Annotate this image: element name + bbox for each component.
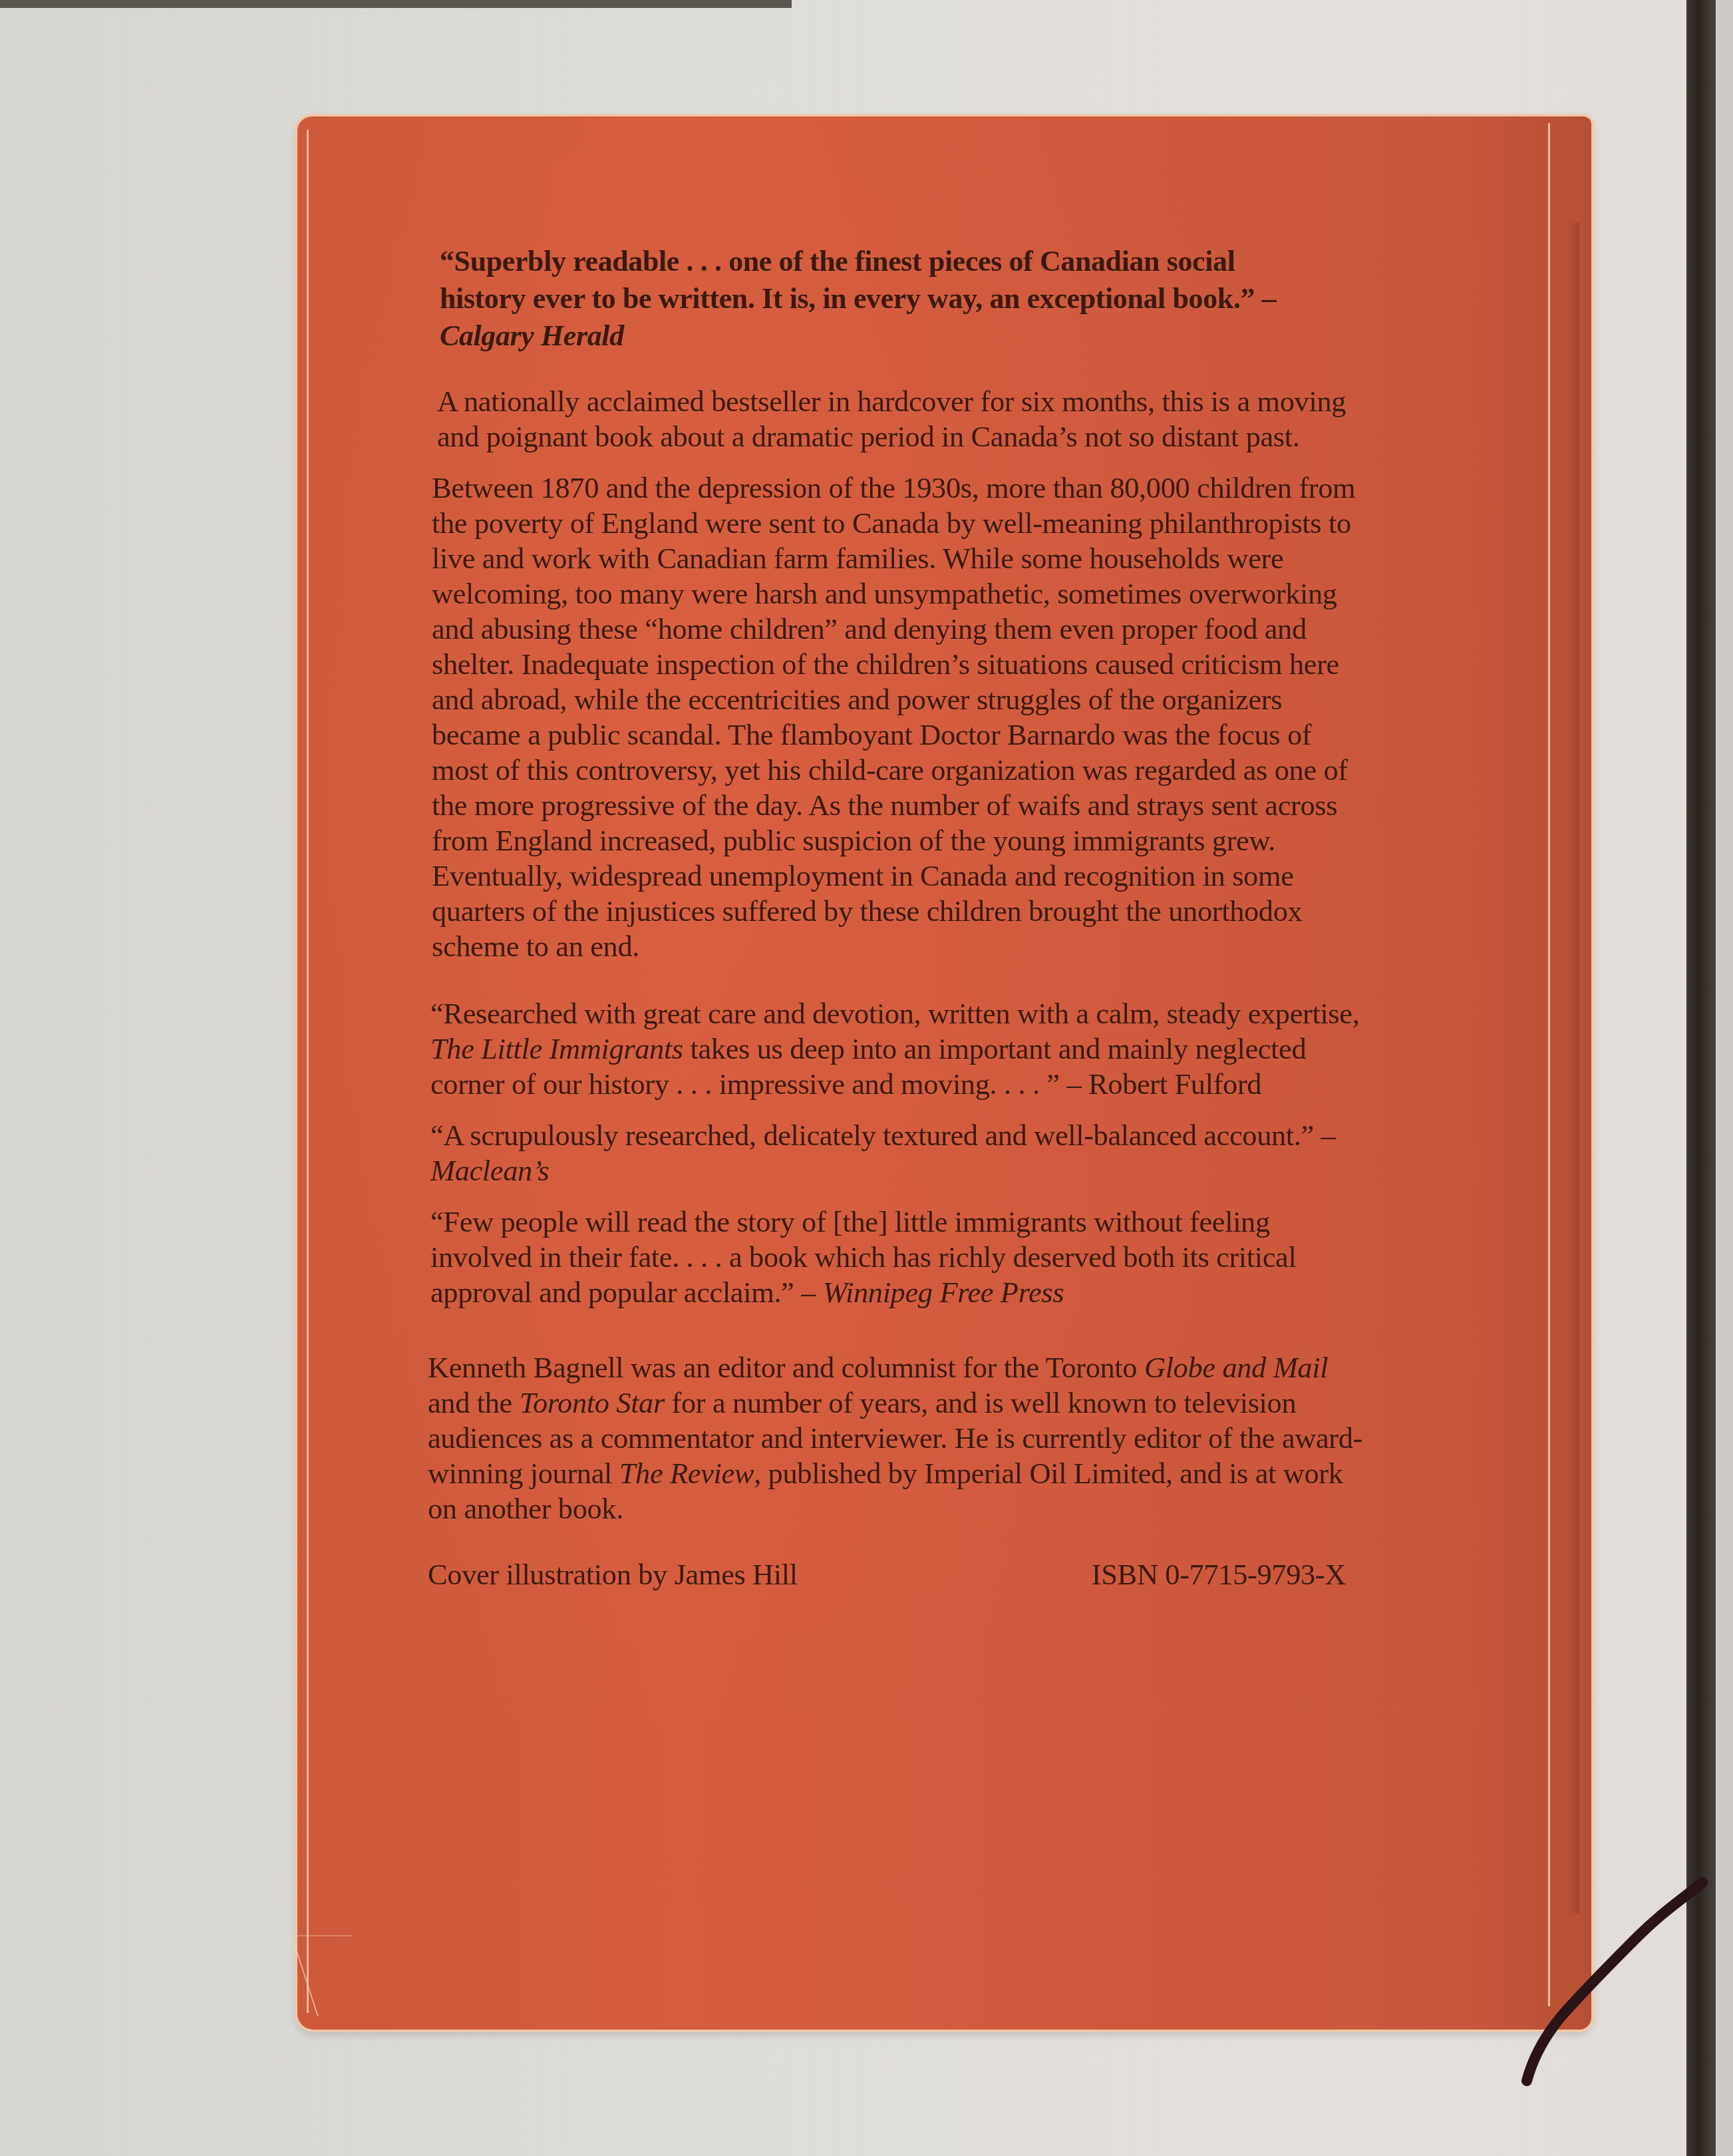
publication-name: Toronto Star <box>520 1386 665 1419</box>
spine-shadow <box>1569 223 1579 1913</box>
lead-quote-source: Calgary Herald <box>440 319 624 352</box>
review-winnipeg: “Few people will read the story of [the]… <box>430 1204 1375 1310</box>
worn-edge-left <box>307 130 309 2013</box>
author-bio: Kenneth Bagnell was an editor and column… <box>428 1350 1372 1527</box>
review-source: Maclean’s <box>430 1154 550 1187</box>
frame-post <box>1686 0 1716 2156</box>
cover-footer: Cover illustration by James Hill ISBN 0-… <box>428 1557 1346 1592</box>
bio-text: and the <box>428 1386 520 1419</box>
worn-crease-right <box>1548 123 1550 2006</box>
shelf-edge <box>0 0 792 8</box>
bio-text: Kenneth Bagnell was an editor and column… <box>428 1351 1144 1384</box>
review-source: Robert Fulford <box>1088 1067 1261 1101</box>
frame-post-edge <box>1716 0 1733 2156</box>
summary-paragraph: Between 1870 and the depression of the 1… <box>432 470 1363 964</box>
lead-quote: “Superbly readable . . . one of the fine… <box>440 243 1325 355</box>
pen-slash-mark <box>1468 1873 1721 2093</box>
review-fulford: “Researched with great care and devotion… <box>430 996 1375 1102</box>
intro-paragraph: A nationally acclaimed bestseller in har… <box>437 384 1348 454</box>
publication-name: Globe and Mail <box>1144 1351 1328 1384</box>
lead-quote-text: “Superbly readable . . . one of the fine… <box>440 245 1276 315</box>
review-text: “A scrupulously researched, delicately t… <box>430 1119 1335 1152</box>
book-title: The Little Immigrants <box>430 1032 683 1065</box>
cover-illustration-credit: Cover illustration by James Hill <box>428 1557 798 1592</box>
cover-text-block: “Superbly readable . . . one of the fine… <box>437 243 1408 1592</box>
publication-name: The Review <box>619 1457 754 1490</box>
review-macleans: “A scrupulously researched, delicately t… <box>430 1118 1375 1188</box>
book-back-cover: “Superbly readable . . . one of the fine… <box>297 116 1591 2030</box>
review-source: Winnipeg Free Press <box>823 1276 1064 1309</box>
review-text: “Researched with great care and devotion… <box>430 997 1359 1030</box>
isbn: ISBN 0-7715-9793-X <box>1092 1557 1346 1592</box>
worn-corner <box>291 1935 379 2016</box>
